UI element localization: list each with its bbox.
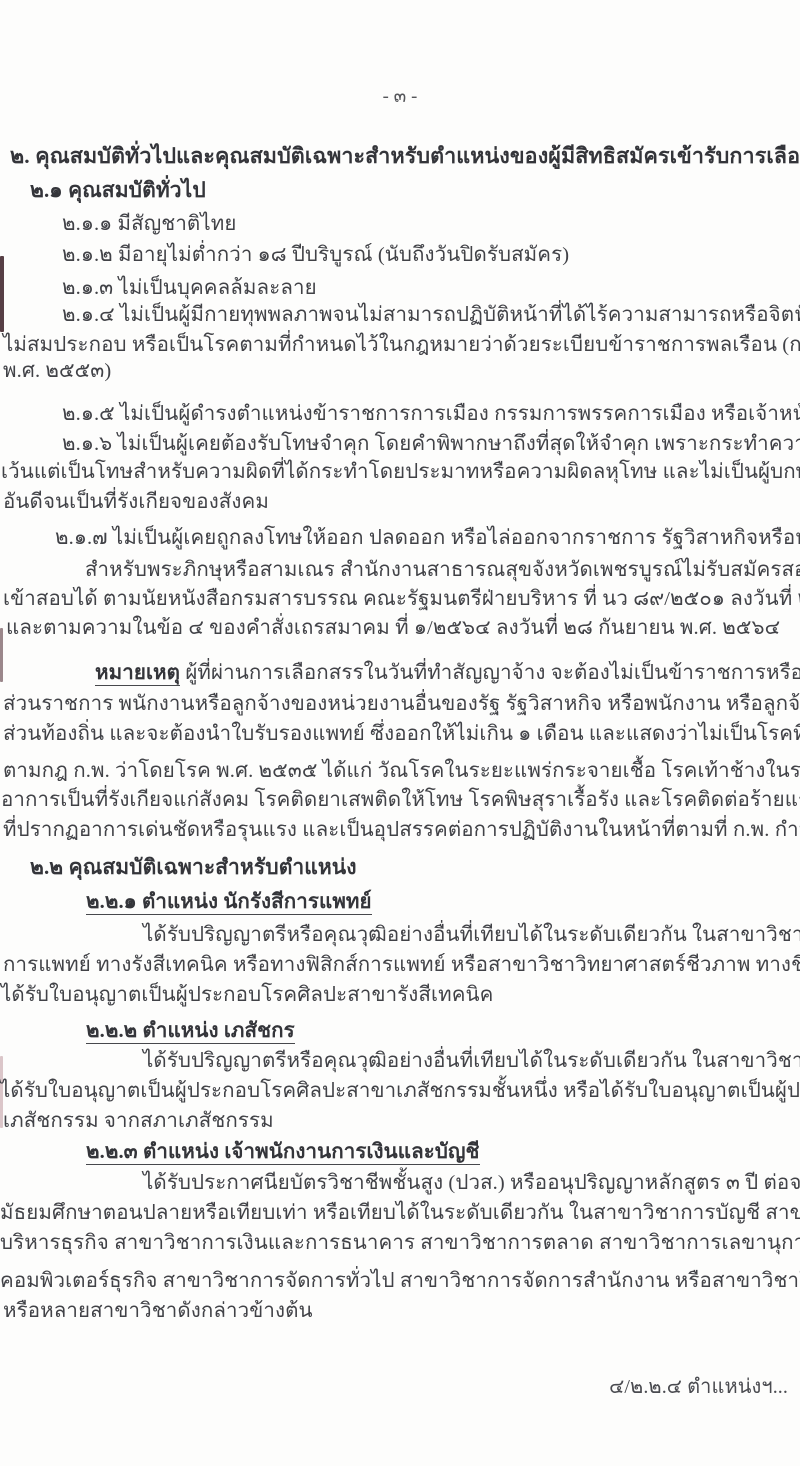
section-2-1-heading: ๒.๑ คุณสมบัติทั่วไป [30,175,206,205]
position-2-2-1-line: การแพทย์ ทางรังสีเทคนิค หรือทางฟิสิกส์กา… [3,950,800,980]
item-2-1-2: ๒.๑.๒ มีอายุไม่ต่ำกว่า ๑๘ ปีบริบูรณ์ (นั… [62,240,569,270]
position-2-2-3-heading: ๒.๒.๓ ตำแหน่ง เจ้าพนักงานการเงินและบัญชี [86,1137,480,1167]
position-2-2-3-line: มัธยมศึกษาตอนปลายหรือเทียบเท่า หรือเทียบ… [0,1198,800,1228]
scanned-document-page: - ๓ - ๒. คุณสมบัติทั่วไปและคุณสมบัติเฉพา… [0,0,800,1466]
position-2-2-3-title: ๒.๒.๓ ตำแหน่ง เจ้าพนักงานการเงินและบัญชี [86,1141,480,1165]
position-2-2-2-line: ได้รับปริญญาตรีหรือคุณวุฒิอย่างอื่นที่เท… [143,1046,800,1076]
item-2-1-7-line: สำหรับพระภิกษุหรือสามเณร สำนักงานสาธารณส… [85,555,800,585]
item-2-1-3: ๒.๑.๓ ไม่เป็นบุคคลล้มละลาย [62,273,317,303]
note-line: ที่ปรากฏอาการเด่นชัดหรือรุนแรง และเป็นอุ… [3,815,800,845]
scan-edge-artifact [0,256,4,332]
note-first-line: หมายเหตุ ผู้ที่ผ่านการเลือกสรรในวันที่ทำ… [95,658,800,688]
position-2-2-3-line: ได้รับประกาศนียบัตรวิชาชีพชั้นสูง (ปวส.)… [143,1168,800,1198]
note-first-rest: ผู้ที่ผ่านการเลือกสรรในวันที่ทำสัญญาจ้าง… [180,662,800,684]
item-2-1-4-line: ไม่สมประกอบ หรือเป็นโรคตามที่กำหนดไว้ในก… [3,330,800,360]
page-continuation-note: ๔/๒.๒.๔ ตำแหน่งฯ... [609,1372,788,1402]
scan-edge-artifact [0,628,3,682]
item-2-1-7-line: ๒.๑.๗ ไม่เป็นผู้เคยถูกลงโทษให้ออก ปลดออก… [55,523,800,553]
page-number: - ๓ - [0,82,800,112]
position-2-2-1-heading: ๒.๒.๑ ตำแหน่ง นักรังสีการแพทย์ [86,887,372,917]
position-2-2-2-title: ๒.๒.๒ ตำแหน่ง เภสัชกร [86,1020,295,1044]
position-2-2-2-line: เภสัชกรรม จากสภาเภสัชกรรม [3,1106,274,1136]
position-2-2-1-line: ได้รับปริญญาตรีหรือคุณวุฒิอย่างอื่นที่เท… [143,920,800,950]
item-2-1-1: ๒.๑.๑ มีสัญชาติไทย [62,209,236,239]
note-line: ส่วนท้องถิ่น และจะต้องนำใบรับรองแพทย์ ซึ… [3,719,800,749]
position-2-2-2-heading: ๒.๒.๒ ตำแหน่ง เภสัชกร [86,1016,295,1046]
note-line: ตามกฎ ก.พ. ว่าโดยโรค พ.ศ. ๒๕๓๕ ได้แก่ วั… [3,756,800,786]
item-2-1-6-line: ๒.๑.๖ ไม่เป็นผู้เคยต้องรับโทษจำคุก โดยคำ… [62,429,800,459]
note-line: อาการเป็นที่รังเกียจแก่สังคม โรคติดยาเสพ… [1,785,800,815]
position-2-2-3-line: บริหารธุรกิจ สาขาวิชาการเงินและการธนาคาร… [0,1228,800,1258]
item-2-1-4-line: พ.ศ. ๒๕๕๓) [3,356,111,386]
position-2-2-1-line: ได้รับใบอนุญาตเป็นผู้ประกอบโรคศิลปะสาขาร… [1,980,493,1010]
note-line: ส่วนราชการ พนักงานหรือลูกจ้างของหน่วยงาน… [3,689,800,719]
item-2-1-6-line: อันดีจนเป็นที่รังเกียจของสังคม [3,487,269,517]
position-2-2-1-title: ๒.๒.๑ ตำแหน่ง นักรังสีการแพทย์ [86,891,372,915]
item-2-1-5: ๒.๑.๕ ไม่เป็นผู้ดำรงตำแหน่งข้าราชการการเ… [62,399,800,429]
position-2-2-2-line: ได้รับใบอนุญาตเป็นผู้ประกอบโรคศิลปะสาขาเ… [0,1076,800,1106]
item-2-1-6-line: เว้นแต่เป็นโทษสำหรับความผิดที่ได้กระทำโด… [1,457,800,487]
item-2-1-4-line: ๒.๑.๔ ไม่เป็นผู้มีกายทุพพลภาพจนไม่สามารถ… [62,300,800,330]
section-2-heading: ๒. คุณสมบัติทั่วไปและคุณสมบัติเฉพาะสำหรั… [10,141,800,171]
position-2-2-3-line: คอมพิวเตอร์ธุรกิจ สาขาวิชาการจัดการทั่วไ… [0,1266,800,1296]
item-2-1-7-line: เข้าสอบได้ ตามนัยหนังสือกรมสารบรรณ คณะรั… [3,584,800,614]
position-2-2-3-line: หรือหลายสาขาวิชาดังกล่าวข้างต้น [3,1296,313,1326]
section-2-2-heading: ๒.๒ คุณสมบัติเฉพาะสำหรับตำแหน่ง [30,852,357,882]
item-2-1-7-line: และตามความในข้อ ๔ ของคำสั่งเถรสมาคม ที่ … [6,613,780,643]
note-label: หมายเหตุ [95,662,180,686]
